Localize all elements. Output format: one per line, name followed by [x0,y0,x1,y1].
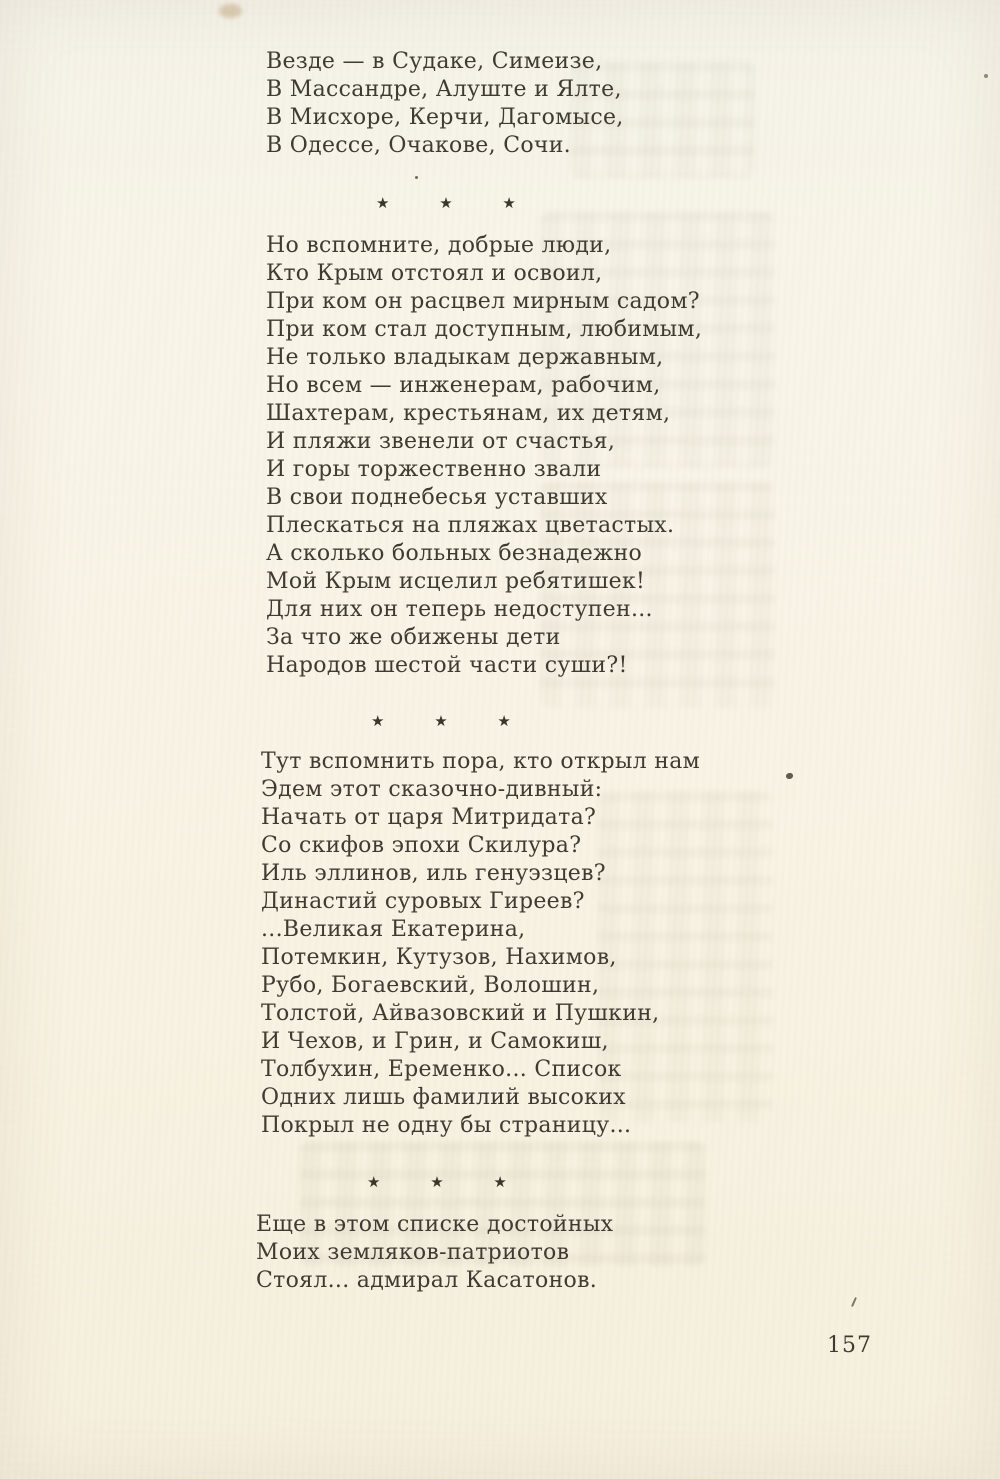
pen-tick-artifact [851,1297,857,1307]
poem-stanza-4: Еще в этом списке достойных Моих земляко… [256,1211,613,1295]
stanza-separator-stars: ★ ★ ★ [371,714,511,729]
stanza-separator-stars: ★ ★ ★ [376,196,516,211]
ink-speck-artifact [984,74,988,78]
ink-speck-artifact [786,773,793,779]
book-page: Везде — в Судаке, Симеизе, В Массандре, … [0,0,1000,1479]
stanza-separator-stars: ★ ★ ★ [367,1175,507,1190]
page-number: 157 [827,1333,872,1358]
poem-stanza-3: Тут вспомнить пора, кто открыл нам Эдем … [261,748,700,1140]
poem-stanza-1: Везде — в Судаке, Симеизе, В Массандре, … [266,48,624,160]
poem-stanza-2: Но вспомните, добрые люди, Кто Крым отст… [266,232,702,680]
paper-smudge-artifact [219,4,242,18]
ink-speck-artifact [415,176,418,179]
